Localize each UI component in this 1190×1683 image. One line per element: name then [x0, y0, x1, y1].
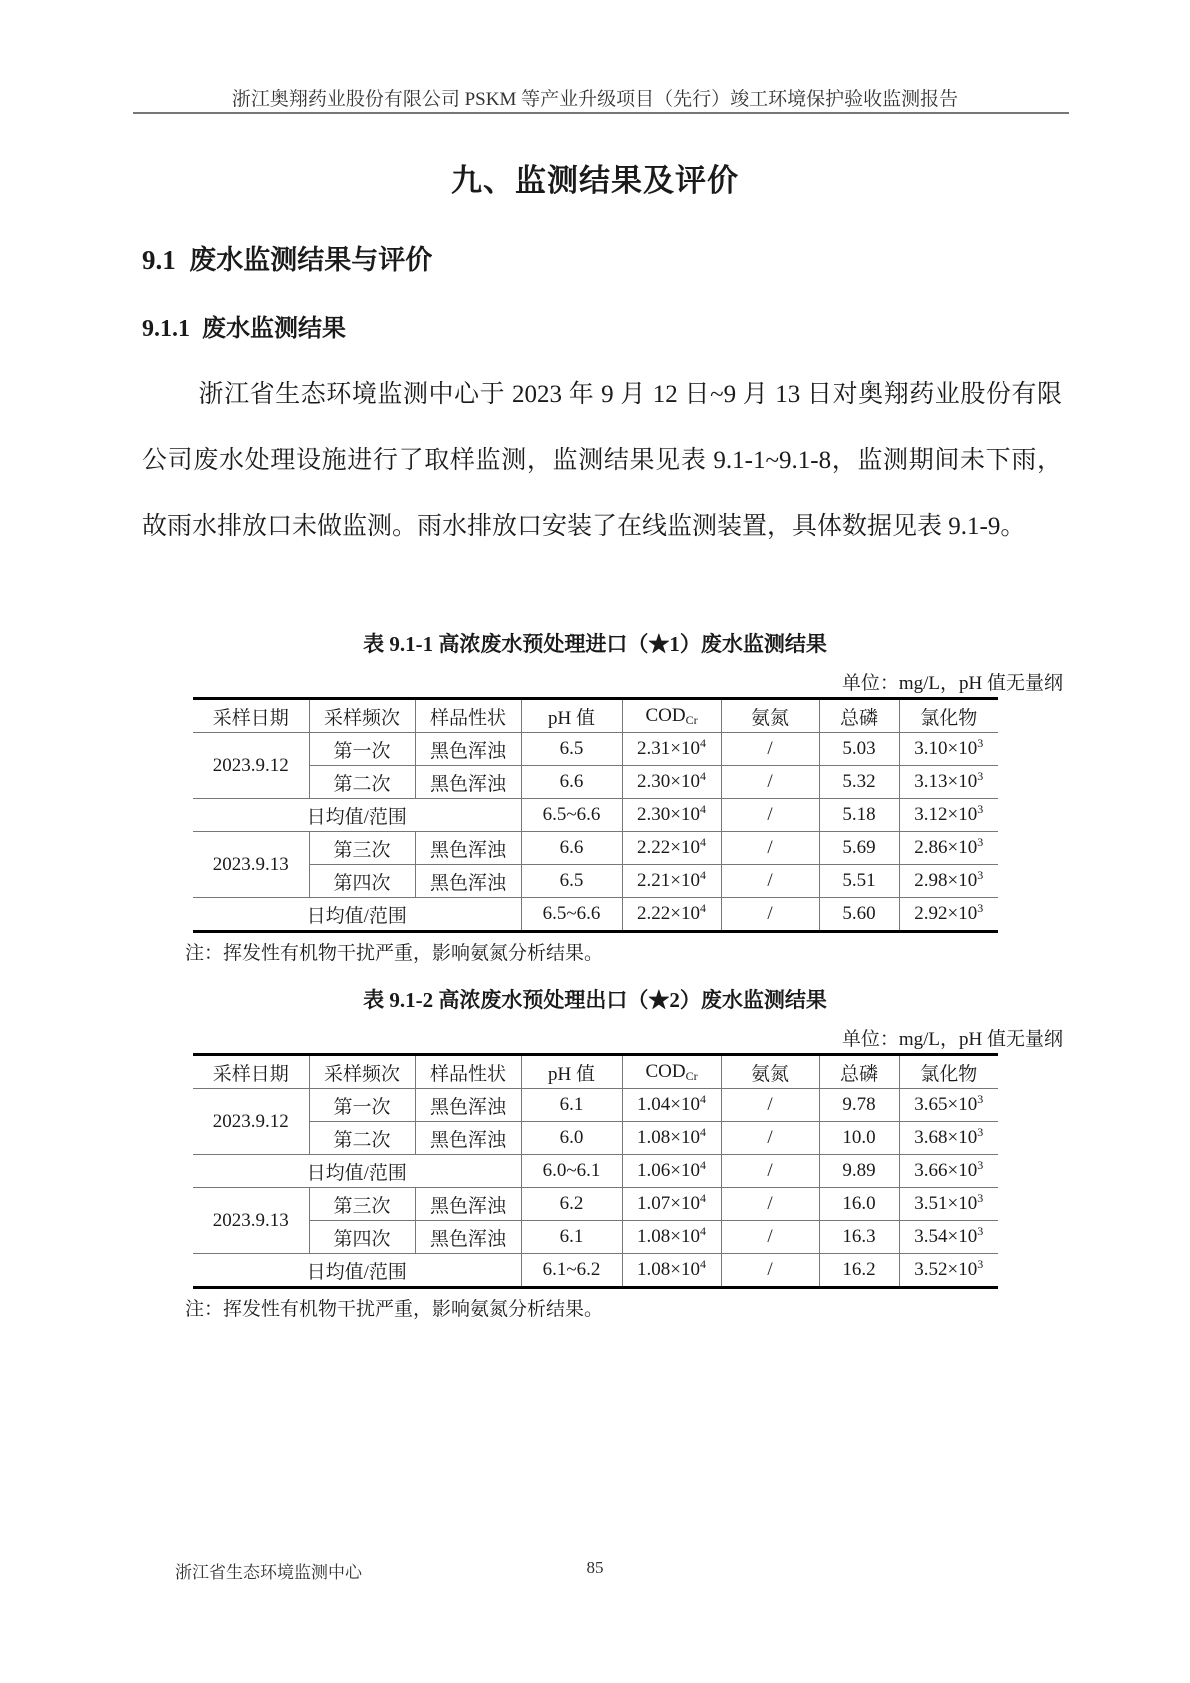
sample-state-cell-text: 黑色浑浊 [430, 741, 506, 762]
total-phosphorus-cell-text: 5.60 [842, 903, 875, 924]
total-phosphorus-cell: 5.51 [819, 865, 899, 898]
column-header-text: 总磷 [840, 708, 878, 729]
sample-state-cell: 黑色浑浊 [415, 733, 521, 766]
cod-cell-exponent: 4 [700, 802, 706, 816]
table-row: 2023.9.12第一次黑色浑浊6.11.04×104/9.783.65×103 [193, 1089, 998, 1122]
cod-cell-exponent: 4 [700, 769, 706, 783]
chloride-cell: 3.68×103 [899, 1122, 998, 1155]
column-header-text: 采样频次 [324, 1064, 400, 1085]
chloride-cell-exponent: 3 [977, 736, 983, 750]
sample-state-cell: 黑色浑浊 [415, 865, 521, 898]
table-unit: 单位：mg/L，pH 值无量纲 [842, 668, 1063, 695]
summary-label-cell-text: 日均值/范围 [307, 906, 407, 927]
subsection-number: 9.1.1 [142, 316, 190, 342]
cod-cell-mantissa: 1.04×10 [637, 1094, 700, 1115]
ph-cell-text: 6.0 [560, 1127, 584, 1148]
total-phosphorus-cell: 5.60 [819, 898, 899, 932]
column-header-cod: CODCr [622, 699, 721, 733]
column-header-text: 总磷 [840, 1064, 878, 1085]
column-header: 采样频次 [309, 699, 415, 733]
frequency-cell-text: 第四次 [333, 1229, 390, 1250]
frequency-cell-text: 第三次 [333, 1196, 390, 1217]
chloride-cell-exponent: 3 [977, 1224, 983, 1238]
subsection-heading: 9.1.1 废水监测结果 [142, 308, 346, 343]
cod-cell: 1.06×104 [622, 1155, 721, 1188]
ammonia-cell: / [721, 898, 819, 932]
table-row: 2023.9.13第三次黑色浑浊6.21.07×104/16.03.51×103 [193, 1188, 998, 1221]
chloride-cell: 3.66×103 [899, 1155, 998, 1188]
ph-cell: 6.0~6.1 [521, 1155, 622, 1188]
section-heading: 9.1 废水监测结果与评价 [142, 238, 432, 277]
cod-cell-mantissa: 2.30×10 [637, 804, 700, 825]
ammonia-cell-text: / [767, 1226, 772, 1247]
column-header: 采样日期 [193, 699, 309, 733]
chloride-cell: 3.10×103 [899, 733, 998, 766]
column-header-text: 样品性状 [430, 1064, 506, 1085]
summary-label-cell-text: 日均值/范围 [307, 1262, 407, 1283]
page-number: 85 [0, 1558, 1190, 1578]
column-header: 总磷 [819, 1055, 899, 1089]
ammonia-cell-text: / [767, 1127, 772, 1148]
column-header: 采样频次 [309, 1055, 415, 1089]
sampling-date-cell: 2023.9.13 [193, 832, 309, 898]
sampling-date-cell-text: 2023.9.13 [213, 854, 289, 875]
chloride-cell-mantissa: 3.66×10 [914, 1160, 977, 1181]
ph-cell-text: 6.1~6.2 [543, 1259, 601, 1280]
ammonia-cell-text: / [767, 804, 772, 825]
ammonia-cell-text: / [767, 738, 772, 759]
chloride-cell-exponent: 3 [977, 802, 983, 816]
total-phosphorus-cell-text: 16.3 [842, 1226, 875, 1247]
cod-cell-mantissa: 2.21×10 [637, 870, 700, 891]
cod-cell-exponent: 4 [700, 1191, 706, 1205]
summary-row: 日均值/范围6.1~6.21.08×104/16.23.52×103 [193, 1254, 998, 1288]
sample-state-cell-text: 黑色浑浊 [430, 1196, 506, 1217]
ph-cell: 6.2 [521, 1188, 622, 1221]
column-header: 氨氮 [721, 1055, 819, 1089]
paragraph-text: 浙江省生态环境监测中心于 2023 年 9 月 12 日~9 月 13 日对奥翔… [142, 381, 1062, 540]
column-header-text: pH 值 [548, 1064, 595, 1085]
subsection-title: 废水监测结果 [202, 316, 346, 342]
column-header: 总磷 [819, 699, 899, 733]
ph-cell: 6.5 [521, 733, 622, 766]
chloride-cell: 2.86×103 [899, 832, 998, 865]
table-row: 第四次黑色浑浊6.11.08×104/16.33.54×103 [193, 1221, 998, 1254]
summary-label-cell-text: 日均值/范围 [307, 1163, 407, 1184]
frequency-cell-text: 第二次 [333, 1130, 390, 1151]
column-header: pH 值 [521, 1055, 622, 1089]
table-row: 第二次黑色浑浊6.62.30×104/5.323.13×103 [193, 766, 998, 799]
ph-cell: 6.1 [521, 1089, 622, 1122]
chloride-cell: 2.98×103 [899, 865, 998, 898]
cod-cell-exponent: 4 [700, 835, 706, 849]
total-phosphorus-cell-text: 9.89 [842, 1160, 875, 1181]
table-title: 表 9.1-1 高浓废水预处理进口（★1）废水监测结果 [0, 628, 1190, 658]
chloride-cell-mantissa: 2.86×10 [914, 837, 977, 858]
cod-subscript: Cr [686, 1069, 698, 1083]
sample-state-cell: 黑色浑浊 [415, 1122, 521, 1155]
column-header-cod: CODCr [622, 1055, 721, 1089]
chloride-cell: 2.92×103 [899, 898, 998, 932]
chloride-cell-mantissa: 2.98×10 [914, 870, 977, 891]
cod-cell-mantissa: 1.08×10 [637, 1259, 700, 1280]
column-header: pH 值 [521, 699, 622, 733]
cod-cell: 2.31×104 [622, 733, 721, 766]
ph-cell-text: 6.6 [560, 837, 584, 858]
ammonia-cell: / [721, 1089, 819, 1122]
chloride-cell-mantissa: 3.13×10 [914, 771, 977, 792]
ammonia-cell-text: / [767, 903, 772, 924]
total-phosphorus-cell: 5.69 [819, 832, 899, 865]
ph-cell: 6.0 [521, 1122, 622, 1155]
chapter-title: 九、监测结果及评价 [0, 155, 1190, 200]
cod-cell: 1.08×104 [622, 1221, 721, 1254]
column-header-text: 氯化物 [920, 708, 977, 729]
frequency-cell: 第一次 [309, 1089, 415, 1122]
ammonia-cell-text: / [767, 1160, 772, 1181]
chloride-cell-exponent: 3 [977, 1158, 983, 1172]
chloride-cell-mantissa: 3.52×10 [914, 1259, 977, 1280]
body-paragraph: 浙江省生态环境监测中心于 2023 年 9 月 12 日~9 月 13 日对奥翔… [142, 362, 1062, 560]
chloride-cell-mantissa: 2.92×10 [914, 903, 977, 924]
table-row: 2023.9.12第一次黑色浑浊6.52.31×104/5.033.10×103 [193, 733, 998, 766]
total-phosphorus-cell-text: 16.2 [842, 1259, 875, 1280]
sample-state-cell-text: 黑色浑浊 [430, 1229, 506, 1250]
summary-label-cell: 日均值/范围 [193, 1254, 521, 1288]
frequency-cell: 第二次 [309, 766, 415, 799]
ammonia-cell: / [721, 1221, 819, 1254]
sample-state-cell-text: 黑色浑浊 [430, 873, 506, 894]
cod-label: COD [645, 705, 685, 726]
cod-cell-exponent: 4 [700, 1158, 706, 1172]
chloride-cell-mantissa: 3.12×10 [914, 804, 977, 825]
monitoring-table: 采样日期采样频次样品性状pH 值CODCr氨氮总磷氯化物2023.9.12第一次… [193, 1053, 998, 1289]
column-header-text: 采样日期 [213, 708, 289, 729]
total-phosphorus-cell-text: 16.0 [842, 1193, 875, 1214]
total-phosphorus-cell-text: 5.32 [842, 771, 875, 792]
column-header-text: 氨氮 [751, 1064, 789, 1085]
total-phosphorus-cell: 5.32 [819, 766, 899, 799]
chloride-cell-exponent: 3 [977, 1191, 983, 1205]
cod-cell-exponent: 4 [700, 1092, 706, 1106]
column-header-text: 氯化物 [920, 1064, 977, 1085]
ammonia-cell: / [721, 1122, 819, 1155]
total-phosphorus-cell: 16.3 [819, 1221, 899, 1254]
total-phosphorus-cell-text: 5.51 [842, 870, 875, 891]
chloride-cell: 3.51×103 [899, 1188, 998, 1221]
table-row: 第四次黑色浑浊6.52.21×104/5.512.98×103 [193, 865, 998, 898]
frequency-cell: 第三次 [309, 832, 415, 865]
chloride-cell-mantissa: 3.10×10 [914, 738, 977, 759]
table-header-row: 采样日期采样频次样品性状pH 值CODCr氨氮总磷氯化物 [193, 699, 998, 733]
chloride-cell: 3.65×103 [899, 1089, 998, 1122]
total-phosphorus-cell: 5.03 [819, 733, 899, 766]
chloride-cell-mantissa: 3.65×10 [914, 1094, 977, 1115]
header-divider [133, 112, 1069, 114]
frequency-cell-text: 第一次 [333, 741, 390, 762]
ammonia-cell: / [721, 799, 819, 832]
summary-label-cell: 日均值/范围 [193, 898, 521, 932]
frequency-cell-text: 第一次 [333, 1097, 390, 1118]
table-row: 2023.9.13第三次黑色浑浊6.62.22×104/5.692.86×103 [193, 832, 998, 865]
summary-row: 日均值/范围6.5~6.62.22×104/5.602.92×103 [193, 898, 998, 932]
column-header-text: pH 值 [548, 708, 595, 729]
ph-cell-text: 6.5~6.6 [543, 903, 601, 924]
sampling-date-cell: 2023.9.13 [193, 1188, 309, 1254]
chloride-cell-exponent: 3 [977, 901, 983, 915]
ph-cell-text: 6.1 [560, 1226, 584, 1247]
column-header: 氯化物 [899, 1055, 998, 1089]
sampling-date-cell: 2023.9.12 [193, 733, 309, 799]
summary-row: 日均值/范围6.0~6.11.06×104/9.893.66×103 [193, 1155, 998, 1188]
table-unit: 单位：mg/L，pH 值无量纲 [842, 1024, 1063, 1051]
column-header: 氯化物 [899, 699, 998, 733]
ph-cell-text: 6.6 [560, 771, 584, 792]
total-phosphorus-cell-text: 5.69 [842, 837, 875, 858]
sample-state-cell: 黑色浑浊 [415, 1188, 521, 1221]
chloride-cell-exponent: 3 [977, 769, 983, 783]
ammonia-cell: / [721, 733, 819, 766]
chloride-cell-mantissa: 3.54×10 [914, 1226, 977, 1247]
ph-cell: 6.5~6.6 [521, 799, 622, 832]
total-phosphorus-cell: 9.78 [819, 1089, 899, 1122]
table-title: 表 9.1-2 高浓废水预处理出口（★2）废水监测结果 [0, 984, 1190, 1014]
sample-state-cell-text: 黑色浑浊 [430, 1130, 506, 1151]
ammonia-cell: / [721, 1254, 819, 1288]
ph-cell-text: 6.5 [560, 738, 584, 759]
ammonia-cell: / [721, 766, 819, 799]
chloride-cell-mantissa: 3.51×10 [914, 1193, 977, 1214]
ammonia-cell: / [721, 1188, 819, 1221]
frequency-cell: 第四次 [309, 865, 415, 898]
cod-cell: 2.30×104 [622, 766, 721, 799]
frequency-cell: 第一次 [309, 733, 415, 766]
chloride-cell-exponent: 3 [977, 868, 983, 882]
cod-subscript: Cr [686, 713, 698, 727]
sampling-date-cell-text: 2023.9.12 [213, 1111, 289, 1132]
frequency-cell: 第四次 [309, 1221, 415, 1254]
total-phosphorus-cell-text: 5.03 [842, 738, 875, 759]
cod-cell-mantissa: 1.06×10 [637, 1160, 700, 1181]
sample-state-cell: 黑色浑浊 [415, 1221, 521, 1254]
cod-cell: 2.21×104 [622, 865, 721, 898]
summary-label-cell-text: 日均值/范围 [307, 807, 407, 828]
chloride-cell-mantissa: 3.68×10 [914, 1127, 977, 1148]
total-phosphorus-cell: 10.0 [819, 1122, 899, 1155]
column-header: 样品性状 [415, 1055, 521, 1089]
cod-cell-exponent: 4 [700, 1257, 706, 1271]
cod-cell-mantissa: 2.22×10 [637, 903, 700, 924]
ammonia-cell: / [721, 832, 819, 865]
ph-cell: 6.6 [521, 766, 622, 799]
total-phosphorus-cell: 5.18 [819, 799, 899, 832]
ammonia-cell-text: / [767, 771, 772, 792]
sample-state-cell: 黑色浑浊 [415, 1089, 521, 1122]
sample-state-cell-text: 黑色浑浊 [430, 1097, 506, 1118]
cod-cell-mantissa: 1.08×10 [637, 1127, 700, 1148]
frequency-cell-text: 第二次 [333, 774, 390, 795]
ph-cell-text: 6.5 [560, 870, 584, 891]
column-header: 氨氮 [721, 699, 819, 733]
ammonia-cell: / [721, 865, 819, 898]
summary-label-cell: 日均值/范围 [193, 1155, 521, 1188]
cod-label: COD [645, 1061, 685, 1082]
column-header: 样品性状 [415, 699, 521, 733]
ammonia-cell-text: / [767, 1259, 772, 1280]
chloride-cell-exponent: 3 [977, 1125, 983, 1139]
sampling-date-cell-text: 2023.9.12 [213, 755, 289, 776]
column-header-text: 采样日期 [213, 1064, 289, 1085]
ammonia-cell-text: / [767, 837, 772, 858]
chloride-cell: 3.13×103 [899, 766, 998, 799]
ph-cell-text: 6.1 [560, 1094, 584, 1115]
section-title: 废水监测结果与评价 [189, 245, 432, 275]
column-header-text: 样品性状 [430, 708, 506, 729]
chloride-cell-exponent: 3 [977, 1257, 983, 1271]
column-header-text: 氨氮 [751, 708, 789, 729]
chloride-cell-exponent: 3 [977, 835, 983, 849]
sampling-date-cell: 2023.9.12 [193, 1089, 309, 1155]
table-note: 注：挥发性有机物干扰严重，影响氨氮分析结果。 [185, 1294, 603, 1321]
ph-cell: 6.1 [521, 1221, 622, 1254]
cod-cell: 2.22×104 [622, 898, 721, 932]
sampling-date-cell-text: 2023.9.13 [213, 1210, 289, 1231]
sample-state-cell-text: 黑色浑浊 [430, 774, 506, 795]
cod-cell-mantissa: 2.30×10 [637, 771, 700, 792]
running-header: 浙江奥翔药业股份有限公司 PSKM 等产业升级项目（先行）竣工环境保护验收监测报… [0, 84, 1190, 111]
total-phosphorus-cell-text: 10.0 [842, 1127, 875, 1148]
frequency-cell-text: 第四次 [333, 873, 390, 894]
sample-state-cell-text: 黑色浑浊 [430, 840, 506, 861]
ph-cell-text: 6.2 [560, 1193, 584, 1214]
ammonia-cell-text: / [767, 1193, 772, 1214]
ammonia-cell: / [721, 1155, 819, 1188]
column-header-text: 采样频次 [324, 708, 400, 729]
total-phosphorus-cell-text: 5.18 [842, 804, 875, 825]
total-phosphorus-cell: 9.89 [819, 1155, 899, 1188]
ammonia-cell-text: / [767, 870, 772, 891]
cod-cell-mantissa: 2.31×10 [637, 738, 700, 759]
cod-cell-mantissa: 1.07×10 [637, 1193, 700, 1214]
ph-cell: 6.5 [521, 865, 622, 898]
ph-cell: 6.5~6.6 [521, 898, 622, 932]
cod-cell-mantissa: 1.08×10 [637, 1226, 700, 1247]
column-header: 采样日期 [193, 1055, 309, 1089]
cod-cell-exponent: 4 [700, 1224, 706, 1238]
chloride-cell: 3.54×103 [899, 1221, 998, 1254]
cod-cell: 2.30×104 [622, 799, 721, 832]
cod-cell: 1.04×104 [622, 1089, 721, 1122]
frequency-cell: 第三次 [309, 1188, 415, 1221]
cod-cell: 1.08×104 [622, 1254, 721, 1288]
total-phosphorus-cell: 16.2 [819, 1254, 899, 1288]
table-row: 第二次黑色浑浊6.01.08×104/10.03.68×103 [193, 1122, 998, 1155]
sample-state-cell: 黑色浑浊 [415, 766, 521, 799]
table-note: 注：挥发性有机物干扰严重，影响氨氮分析结果。 [185, 938, 603, 965]
cod-cell: 2.22×104 [622, 832, 721, 865]
section-number: 9.1 [142, 245, 176, 275]
ph-cell-text: 6.0~6.1 [543, 1160, 601, 1181]
cod-cell-exponent: 4 [700, 1125, 706, 1139]
ph-cell-text: 6.5~6.6 [543, 804, 601, 825]
monitoring-table: 采样日期采样频次样品性状pH 值CODCr氨氮总磷氯化物2023.9.12第一次… [193, 697, 998, 933]
cod-cell: 1.07×104 [622, 1188, 721, 1221]
ph-cell: 6.1~6.2 [521, 1254, 622, 1288]
cod-cell-exponent: 4 [700, 736, 706, 750]
chloride-cell: 3.12×103 [899, 799, 998, 832]
frequency-cell-text: 第三次 [333, 840, 390, 861]
summary-label-cell: 日均值/范围 [193, 799, 521, 832]
chloride-cell: 3.52×103 [899, 1254, 998, 1288]
cod-cell: 1.08×104 [622, 1122, 721, 1155]
total-phosphorus-cell-text: 9.78 [842, 1094, 875, 1115]
cod-cell-mantissa: 2.22×10 [637, 837, 700, 858]
total-phosphorus-cell: 16.0 [819, 1188, 899, 1221]
ph-cell: 6.6 [521, 832, 622, 865]
sample-state-cell: 黑色浑浊 [415, 832, 521, 865]
frequency-cell: 第二次 [309, 1122, 415, 1155]
cod-cell-exponent: 4 [700, 868, 706, 882]
table-header-row: 采样日期采样频次样品性状pH 值CODCr氨氮总磷氯化物 [193, 1055, 998, 1089]
ammonia-cell-text: / [767, 1094, 772, 1115]
chloride-cell-exponent: 3 [977, 1092, 983, 1106]
summary-row: 日均值/范围6.5~6.62.30×104/5.183.12×103 [193, 799, 998, 832]
cod-cell-exponent: 4 [700, 901, 706, 915]
